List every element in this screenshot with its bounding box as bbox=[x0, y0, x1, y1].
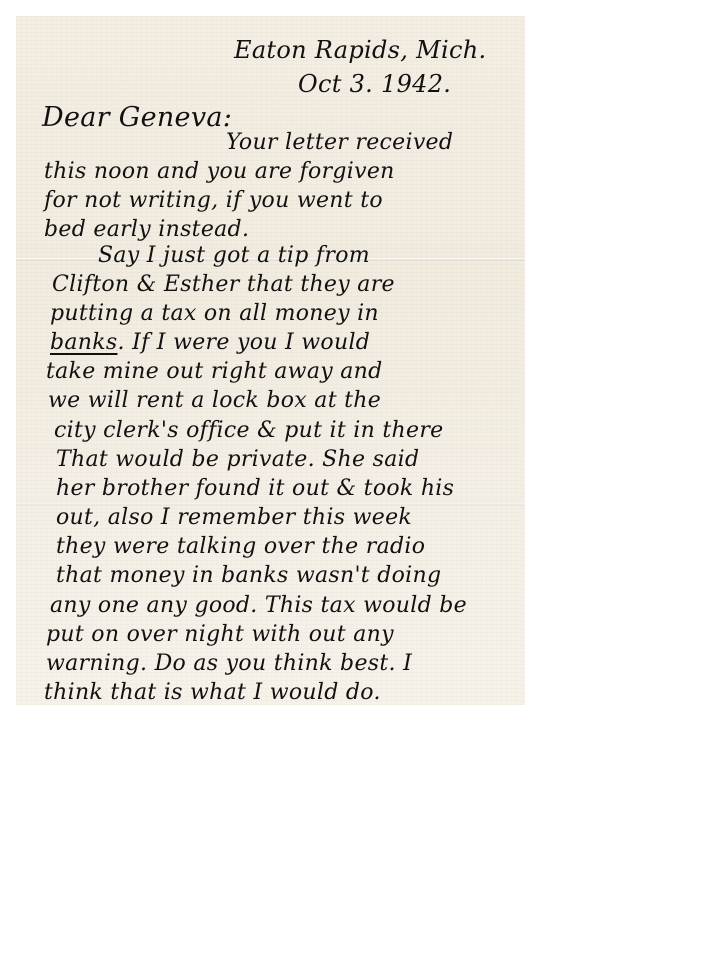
letter-line: that money in banks wasn't doing bbox=[56, 563, 441, 588]
letter-line: they were talking over the radio bbox=[56, 534, 425, 559]
letter-line: bed early instead. bbox=[44, 217, 249, 242]
letter-line: Your letter received bbox=[226, 130, 453, 155]
letter-line: banks. If I were you I would bbox=[50, 330, 370, 355]
letter-line: this noon and you are forgiven bbox=[44, 159, 395, 184]
letter-line: city clerk's office & put it in there bbox=[54, 418, 443, 443]
letter-line: out, also I remember this week bbox=[56, 505, 412, 530]
letter-line: put on over night with out any bbox=[46, 622, 394, 647]
letter-line: Clifton & Esther that they are bbox=[52, 272, 395, 297]
letter-line: her brother found it out & took his bbox=[56, 476, 454, 501]
letter-salutation: Dear Geneva: bbox=[42, 102, 232, 133]
letter-line: Say I just got a tip from bbox=[98, 243, 370, 268]
letter-line: take mine out right away and bbox=[46, 359, 383, 384]
letter-line: That would be private. She said bbox=[56, 447, 419, 472]
letter-line: think that is what I would do. bbox=[44, 680, 381, 705]
letter-date: Oct 3. 1942. bbox=[298, 70, 451, 98]
letter-place: Eaton Rapids, Mich. bbox=[234, 36, 486, 64]
letter-line: putting a tax on all money in bbox=[50, 301, 379, 326]
page: Eaton Rapids, Mich. Oct 3. 1942. Dear Ge… bbox=[0, 0, 720, 960]
letter-line: warning. Do as you think best. I bbox=[46, 651, 412, 676]
letter-line: for not writing, if you went to bbox=[44, 188, 383, 213]
letter-line: any one any good. This tax would be bbox=[50, 593, 467, 618]
letter-paper: Eaton Rapids, Mich. Oct 3. 1942. Dear Ge… bbox=[16, 16, 525, 705]
letter-line: we will rent a lock box at the bbox=[48, 388, 381, 413]
